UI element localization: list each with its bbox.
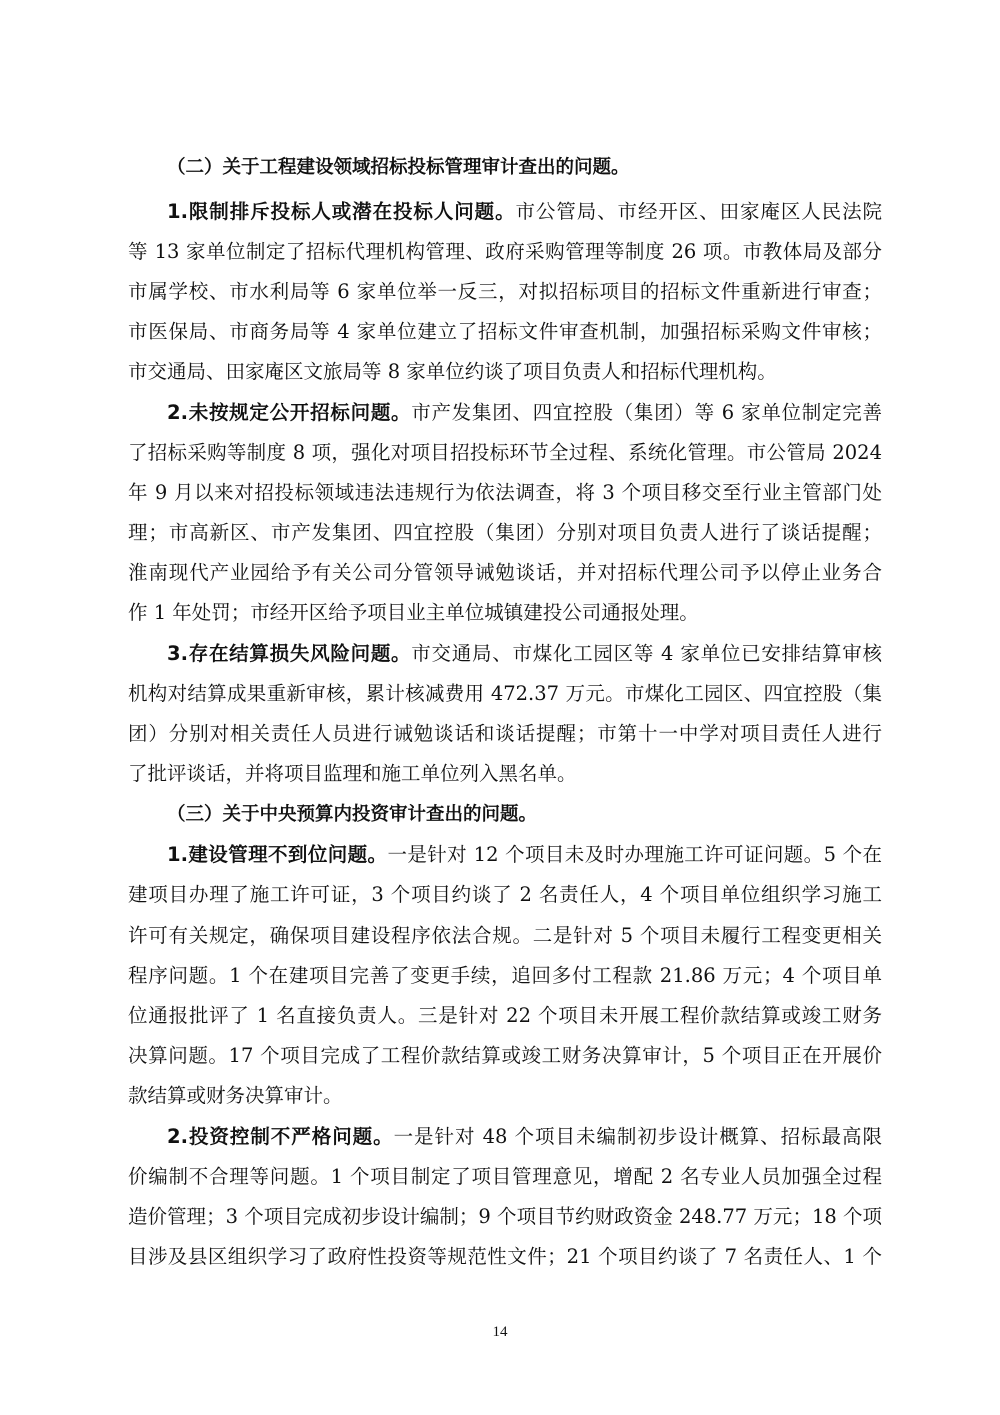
paragraph-line: 了招标采购等制度 8 项，强化对项目招投标环节全过程、系统化管理。市公管局 20… [128,433,882,473]
paragraph-text: 一是针对 48 个项目未编制初步设计概算、招标最高限 [394,1125,882,1148]
paragraph-lead: 1.限制排斥投标人或潜在投标人问题。 [167,200,515,223]
paragraph-line: 2.未按规定公开招标问题。市产发集团、四宜控股（集团）等 6 家单位制定完善 [167,393,882,433]
paragraph-line: 2.投资控制不严格问题。一是针对 48 个项目未编制初步设计概算、招标最高限 [167,1117,882,1157]
paragraph-text: 市公管局、市经开区、田家庵区人民法院 [515,200,882,223]
paragraph-line: 市交通局、田家庵区文旅局等 8 家单位约谈了项目负责人和招标代理机构。 [128,352,882,392]
paragraph-line: 机构对结算成果重新审核，累计核减费用 472.37 万元。市煤化工园区、四宜控股… [128,674,882,714]
paragraph-line: 市属学校、市水利局等 6 家单位举一反三，对拟招标项目的招标文件重新进行审查； [128,272,882,312]
paragraph-line: 淮南现代产业园给予有关公司分管领导诫勉谈话，并对招标代理公司予以停止业务合 [128,553,882,593]
paragraph-line: 款结算或财务决算审计。 [128,1076,882,1116]
paragraph-line: 决算问题。17 个项目完成了工程价款结算或竣工财务决算审计，5 个项目正在开展价 [128,1036,882,1076]
paragraph-line: 团）分别对相关责任人员进行诫勉谈话和谈话提醒；市第十一中学对项目责任人进行 [128,714,882,754]
section-heading-3: （三）关于中央预算内投资审计查出的问题。 [167,795,882,835]
paragraph-text: 市交通局、市煤化工园区等 4 家单位已安排结算审核 [411,642,882,665]
document-page: （二）关于工程建设领域招标投标管理审计查出的问题。 1.限制排斥投标人或潜在投标… [0,0,1000,1415]
section-heading-2: （二）关于工程建设领域招标投标管理审计查出的问题。 [167,148,882,188]
paragraph-line: 等 13 家单位制定了招标代理机构管理、政府采购管理等制度 26 项。市教体局及… [128,232,882,272]
paragraph-line: 3.存在结算损失风险问题。市交通局、市煤化工园区等 4 家单位已安排结算审核 [167,634,882,674]
page-number: 14 [0,1324,1000,1341]
paragraph-line: 1.建设管理不到位问题。一是针对 12 个项目未及时办理施工许可证问题。5 个在 [167,835,882,875]
paragraph-line: 1.限制排斥投标人或潜在投标人问题。市公管局、市经开区、田家庵区人民法院 [167,192,882,232]
paragraph-lead: 1.建设管理不到位问题。 [167,843,387,866]
paragraph-line: 位通报批评了 1 名直接负责人。三是针对 22 个项目未开展工程价款结算或竣工财… [128,996,882,1036]
paragraph-line: 程序问题。1 个在建项目完善了变更手续，追回多付工程款 21.86 万元；4 个… [128,956,882,996]
paragraph-line: 价编制不合理等问题。1 个项目制定了项目管理意见，增配 2 名专业人员加强全过程 [128,1157,882,1197]
paragraph-line: 作 1 年处罚；市经开区给予项目业主单位城镇建投公司通报处理。 [128,593,882,633]
paragraph-line: 目涉及县区组织学习了政府性投资等规范性文件；21 个项目约谈了 7 名责任人、1… [128,1237,882,1277]
paragraph-lead: 3.存在结算损失风险问题。 [167,642,411,665]
paragraph-text: 一是针对 12 个项目未及时办理施工许可证问题。5 个在 [387,843,882,866]
paragraph-lead: 2.投资控制不严格问题。 [167,1125,394,1148]
paragraph-lead: 2.未按规定公开招标问题。 [167,401,411,424]
paragraph-line: 年 9 月以来对招投标领域违法违规行为依法调查，将 3 个项目移交至行业主管部门… [128,473,882,513]
paragraph-text: 市产发集团、四宜控股（集团）等 6 家单位制定完善 [411,401,882,424]
paragraph-line: 理；市高新区、市产发集团、四宜控股（集团）分别对项目负责人进行了谈话提醒； [128,513,882,553]
paragraph-line: 建项目办理了施工许可证，3 个项目约谈了 2 名责任人，4 个项目单位组织学习施… [128,875,882,915]
paragraph-line: 了批评谈话，并将项目监理和施工单位列入黑名单。 [128,754,882,794]
paragraph-line: 许可有关规定，确保项目建设程序依法合规。二是针对 5 个项目未履行工程变更相关 [128,916,882,956]
paragraph-line: 造价管理；3 个项目完成初步设计编制；9 个项目节约财政资金 248.77 万元… [128,1197,882,1237]
paragraph-line: 市医保局、市商务局等 4 家单位建立了招标文件审查机制，加强招标采购文件审核； [128,312,882,352]
